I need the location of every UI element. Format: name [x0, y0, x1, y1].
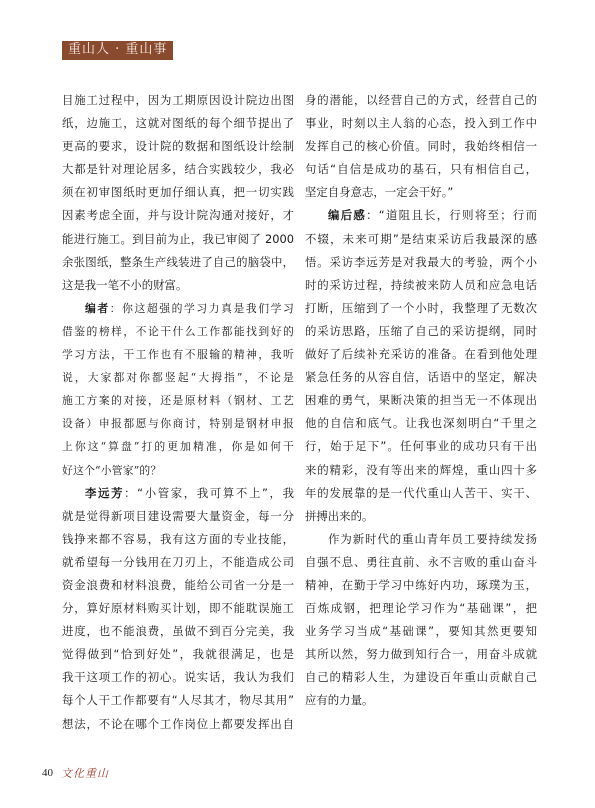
closing-line: 自强不息、勇往直前、永不言败的重山奋斗 [305, 551, 537, 574]
afterword-line: 年的发展靠的是一代代重山人苦干、实干、 [305, 482, 537, 505]
afterword-line: 的采访思路，压缩了自己的采访提纲，同时 [305, 320, 537, 343]
text-line: 目施工过程中，因为工期原因设计院边出图 [62, 89, 294, 112]
question-line: 设备）申报都愿与你商讨，特别是钢材申报 [62, 412, 294, 435]
answer-line: 坚定自身意志，一定会干好。” [305, 181, 537, 204]
afterword-line: 他的自信和底气。让我也深刻明白“千里之 [305, 412, 537, 435]
speaker-label: 编者 [85, 302, 110, 315]
answer-line: 句话“自信是成功的基石，只有相信自己， [305, 158, 537, 181]
text-line: 大都是针对理论居多，结合实践较少，我必 [62, 158, 294, 181]
question-line: 借鉴的榜样，不论干什么工作都能找到好的 [62, 320, 294, 343]
question-line: 学习方法，干工作也有不服输的精神，我听 [62, 343, 294, 366]
answer-line: 觉得做到“恰到好处”，我就很满足，也是 [62, 643, 294, 666]
answer-line: 资金浪费和材料浪费，能给公司省一分是一 [62, 574, 294, 597]
answer-line: 我干这项工作的初心。说实话，我认为我们 [62, 666, 294, 689]
closing-line: 业务学习当成“基础课”，要知其然更要知 [305, 620, 537, 643]
answer-line: 钱挣来都不容易，我有这方面的专业技能， [62, 528, 294, 551]
text-line: 这是我一笔不小的财富。 [62, 274, 294, 297]
text-line: 因素考虑全面，并与设计院沟通对接好，才 [62, 204, 294, 227]
closing-line: 精神，在勤于学习中练好内功，琢璞为玉， [305, 574, 537, 597]
afterword-first-line: 编后感：“道阻且长，行则将至；行而 [305, 204, 537, 227]
answer-first-line: 李远芳：“小管家，我可算不上”，我 [62, 482, 294, 505]
answer-line: 分，算好原材料购买计划，即不能耽误施工 [62, 597, 294, 620]
afterword-line: 行，始于足下”。任何事业的成功只有干出 [305, 435, 537, 458]
answer-line: 想法，不论在哪个工作岗位上都要发挥出自 [62, 713, 294, 736]
text-line: 纸，边施工，这就对图纸的每个细节提出了 [62, 112, 294, 135]
section-tag: 重山人 · 重山事 [62, 41, 173, 60]
question-line: 说，大家都对你都竖起“大拇指”，不论是 [62, 366, 294, 389]
magazine-logo: 文化重山 [61, 765, 109, 781]
editor-question-first-line: 编者：你这超强的学习力真是我们学习 [62, 297, 294, 320]
answer-line: 发挥自己的核心价值。同时，我始终相信一 [305, 135, 537, 158]
speaker-label: 编后感 [328, 208, 366, 222]
answer-line: 身的潜能，以经营自己的方式，经营自己的 [305, 89, 537, 112]
answer-line: 每个人干工作都要有“人尽其才，物尽其用” [62, 689, 294, 712]
text-line: 更高的要求，设计院的数据和图纸设计绘制 [62, 135, 294, 158]
afterword-line: 做好了后续补充采访的准备。在看到他处理 [305, 343, 537, 366]
closing-line: 百炼成钢，把理论学习作为“基础课”，把 [305, 597, 537, 620]
answer-line: 事业，时刻以主人翁的心态，投入到工作中 [305, 112, 537, 135]
answer-text: ：“小管家，我可算不上”，我 [124, 486, 294, 500]
speaker-label: 李远芳 [85, 486, 124, 500]
closing-line: 自己的精彩人生，为建设百年重山贡献自己 [305, 666, 537, 689]
afterword-line: 悟。采访李远芳是对我最大的考验，两个小 [305, 251, 537, 274]
afterword-line: 拼搏出来的。 [305, 505, 537, 528]
afterword-line: 紧急任务的从容自信，话语中的坚定，解决 [305, 366, 537, 389]
closing-line: 应有的力量。 [305, 689, 537, 712]
right-column: 身的潜能，以经营自己的方式，经营自己的 事业，时刻以主人翁的心态，投入到工作中 … [305, 89, 537, 713]
afterword-line: 不辍，未来可期”是结束采访后我最深的感 [305, 228, 537, 251]
afterword-text: ：“道阻且长，行则将至；行而 [366, 208, 537, 222]
afterword-line: 打断，压缩到了一个小时，我整理了无数次 [305, 297, 537, 320]
text-line: 须在初审图纸时更加仔细认真，把一切实践 [62, 181, 294, 204]
question-line: 施工方案的对接，还是原材料（钢材、工艺 [62, 389, 294, 412]
closing-line: 其所以然，努力做到知行合一，用奋斗成就 [305, 643, 537, 666]
answer-line: 就希望每一分钱用在刀刃上，不能造成公司 [62, 551, 294, 574]
afterword-line: 来的精彩，没有等出来的辉煌，重山四十多 [305, 459, 537, 482]
page-number: 40 [42, 767, 53, 779]
text-line: 余张图纸，整条生产线装进了自己的脑袋中， [62, 251, 294, 274]
closing-line: 作为新时代的重山青年员工要持续发扬 [305, 528, 537, 551]
answer-line: 就是觉得新项目建设需要大量资金，每一分 [62, 505, 294, 528]
text-line: 能进行施工。到目前为止，我已审阅了 2000 [62, 228, 294, 251]
question-text: ：你这超强的学习力真是我们学习 [110, 302, 294, 315]
answer-line: 进度，也不能浪费，虽做不到百分完美，我 [62, 620, 294, 643]
question-line: 上你这“算盘”打的更加精准，你是如何干 [62, 435, 294, 458]
left-column: 目施工过程中，因为工期原因设计院边出图 纸，边施工，这就对图纸的每个细节提出了 … [62, 89, 294, 736]
question-line: 好这个“小管家”的？ [62, 459, 294, 482]
page-footer: 40 文化重山 [42, 765, 109, 781]
afterword-line: 时的采访过程，持续被来防人员和应急电话 [305, 274, 537, 297]
afterword-line: 困难的勇气，果断决策的担当无一不体现出 [305, 389, 537, 412]
